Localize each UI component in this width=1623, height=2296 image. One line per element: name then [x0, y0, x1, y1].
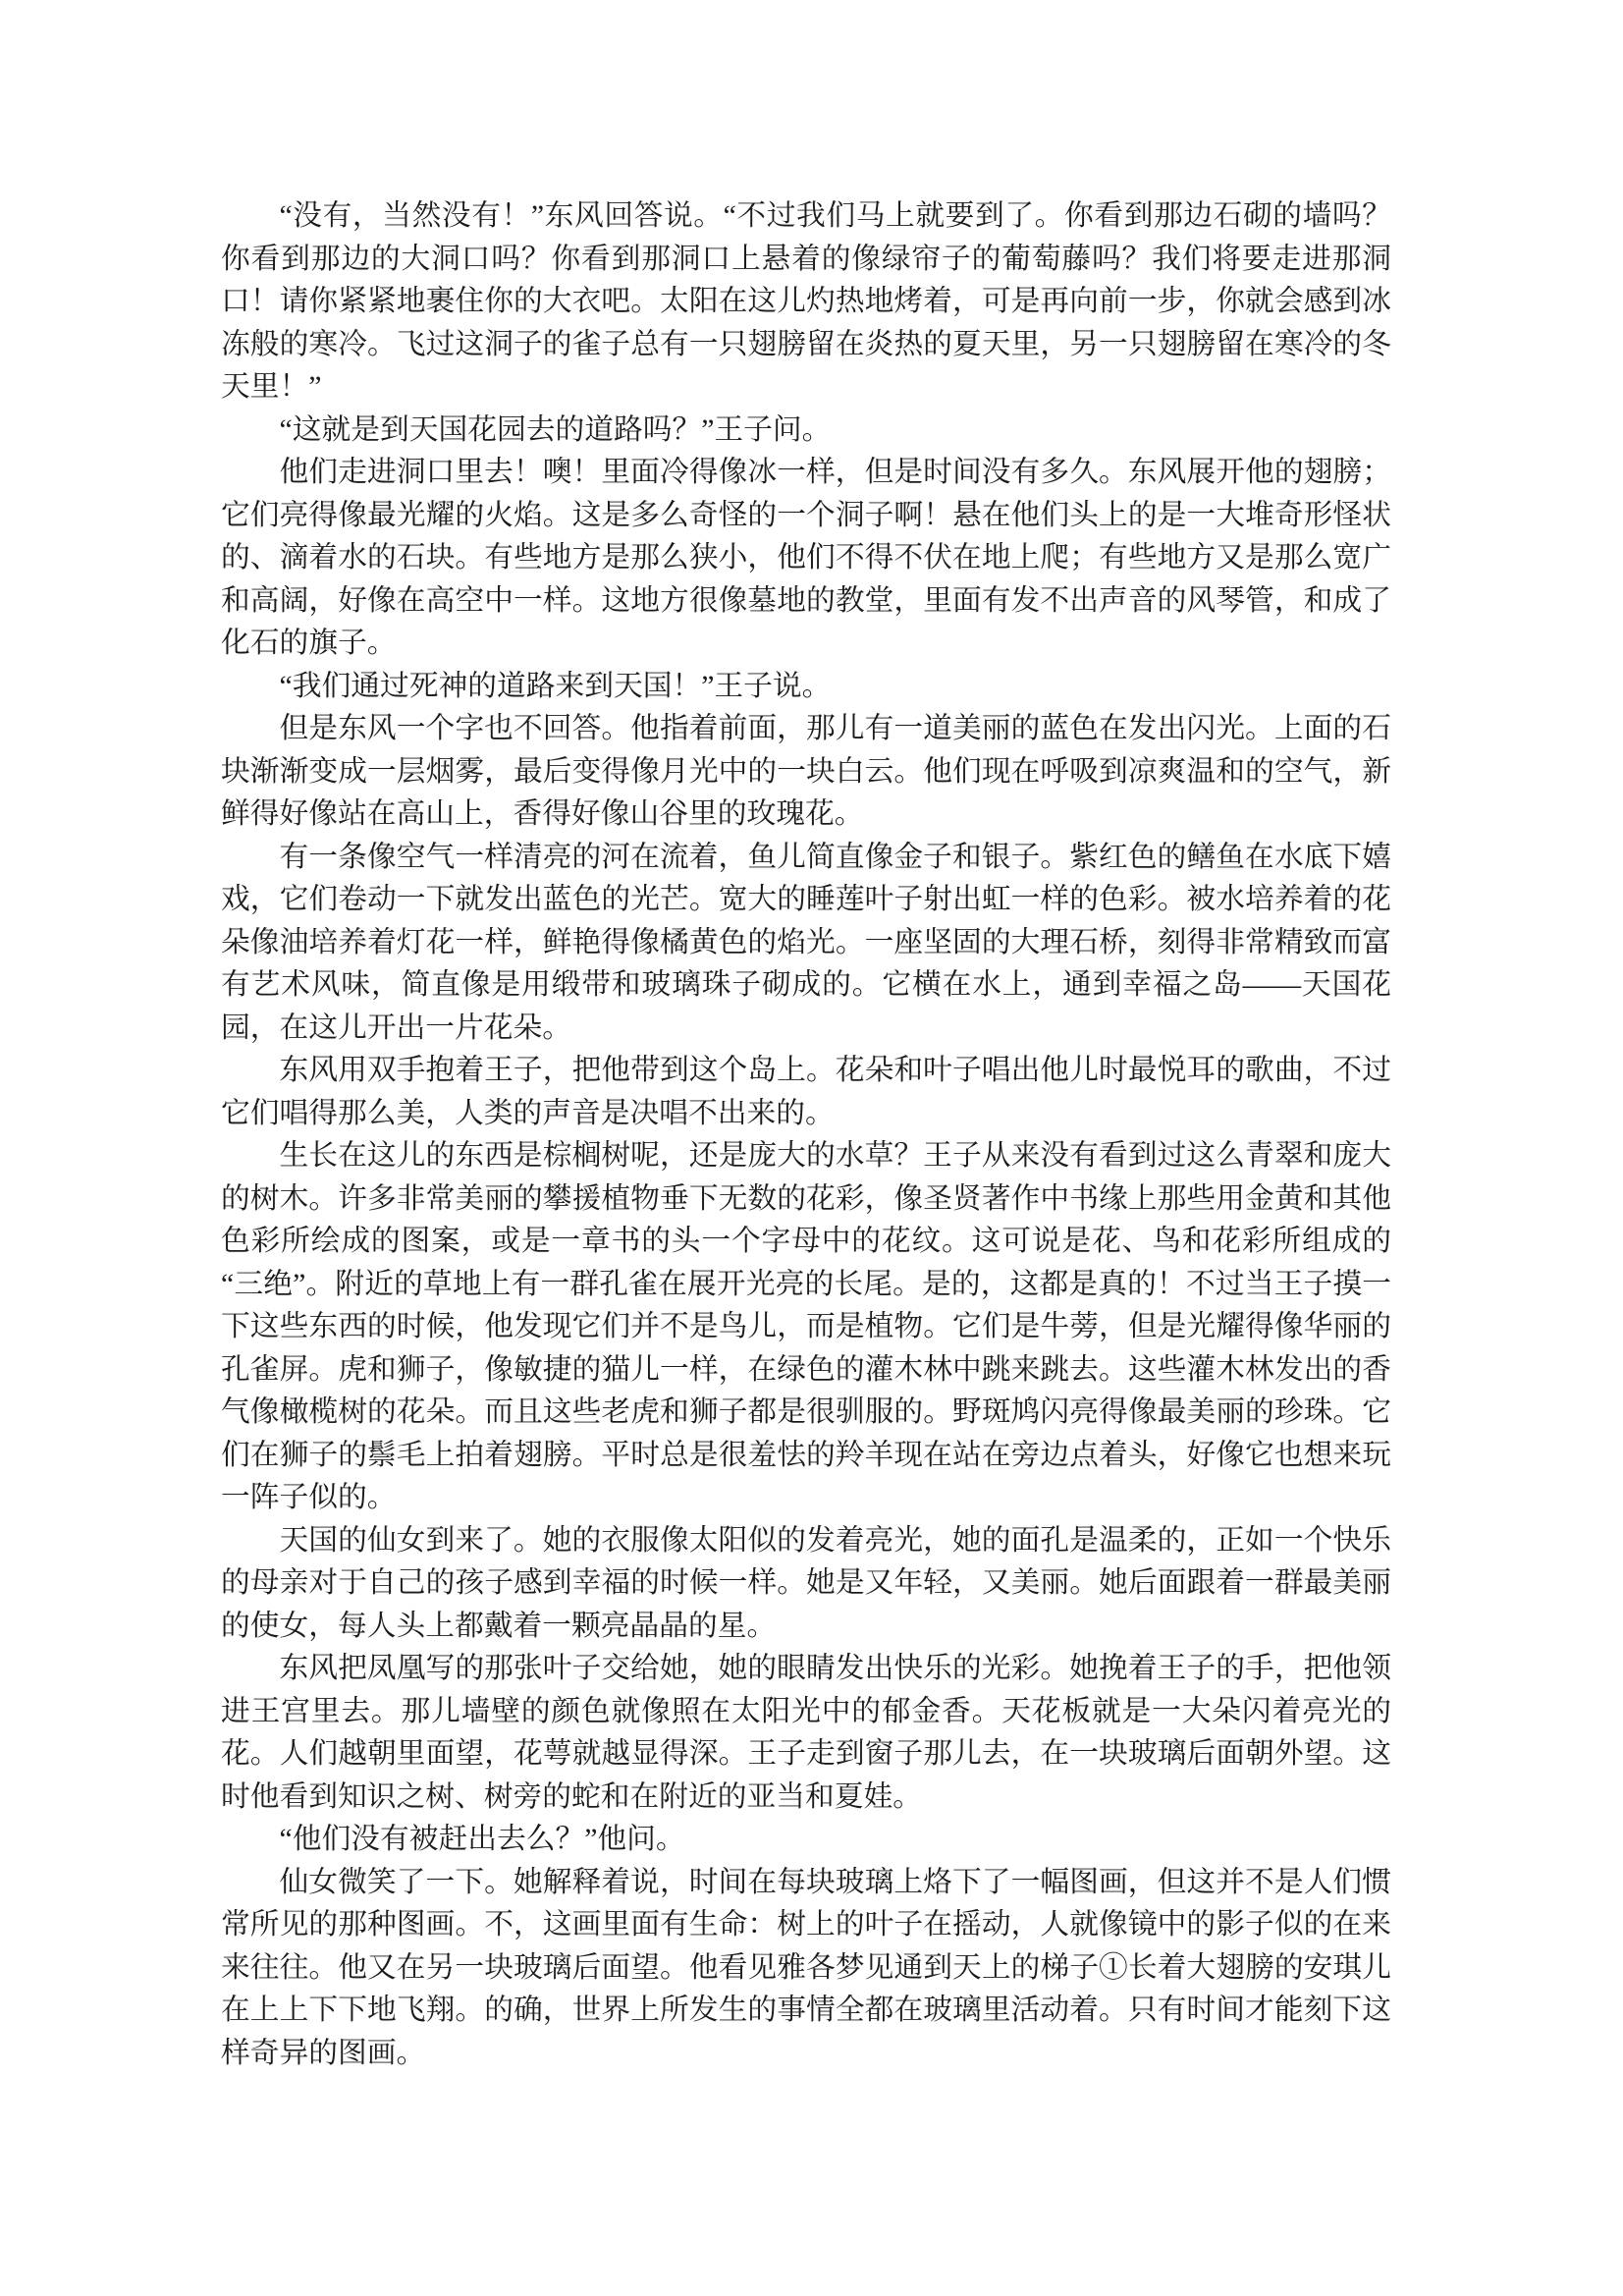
paragraph: “没有，当然没有！”东风回答说。“不过我们马上就要到了。你看到那边石砌的墙吗？你…: [221, 194, 1391, 409]
paragraph: 仙女微笑了一下。她解释着说，时间在每块玻璃上烙下了一幅图画，但这并不是人们惯常所…: [221, 1861, 1391, 2075]
paragraph: 天国的仙女到来了。她的衣服像太阳似的发着亮光，她的面孔是温柔的，正如一个快乐的母…: [221, 1519, 1391, 1648]
paragraph: “这就是到天国花园去的道路吗？”王子问。: [221, 409, 1391, 452]
paragraph: “我们通过死神的道路来到天国！”王子说。: [221, 665, 1391, 708]
paragraph: 有一条像空气一样清亮的河在流着，鱼儿简直像金子和银子。紫红色的鳝鱼在水底下嬉戏，…: [221, 836, 1391, 1050]
paragraph: 东风用双手抱着王子，把他带到这个岛上。花朵和叶子唱出他儿时最悦耳的歌曲，不过它们…: [221, 1049, 1391, 1134]
paragraph: 东风把凤凰写的那张叶子交给她，她的眼睛发出快乐的光彩。她挽着王子的手，把他领进王…: [221, 1647, 1391, 1818]
paragraph: 但是东风一个字也不回答。他指着前面，那儿有一道美丽的蓝色在发出闪光。上面的石块渐…: [221, 707, 1391, 836]
paragraph: 生长在这儿的东西是棕榈树呢，还是庞大的水草？王子从来没有看到过这么青翠和庞大的树…: [221, 1134, 1391, 1519]
text-body: “没有，当然没有！”东风回答说。“不过我们马上就要到了。你看到那边石砌的墙吗？你…: [221, 194, 1391, 2074]
paragraph: “他们没有被赶出去么？”他问。: [221, 1818, 1391, 1861]
document-page: “没有，当然没有！”东风回答说。“不过我们马上就要到了。你看到那边石砌的墙吗？你…: [0, 0, 1623, 2296]
paragraph: 他们走进洞口里去！噢！里面冷得像冰一样，但是时间没有多久。东风展开他的翅膀；它们…: [221, 451, 1391, 665]
